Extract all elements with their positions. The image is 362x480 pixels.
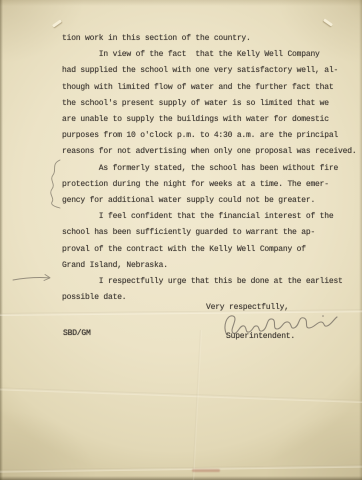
typist-initials: SBD/GM [63,326,91,342]
red-smudge-mark [192,469,220,472]
letter-body: tion work in this section of the country… [62,31,356,306]
letter-page: tion work in this section of the country… [0,0,362,480]
fold-mark-icon [52,19,62,27]
paper-crease [0,464,362,472]
paper-crease [192,330,202,480]
margin-arrow-pencil-icon [12,271,54,285]
fold-mark-icon [323,18,333,26]
paper-crease [0,387,362,403]
margin-brace-pencil-icon [44,158,64,210]
signer-title: Superintendent. [226,329,295,345]
